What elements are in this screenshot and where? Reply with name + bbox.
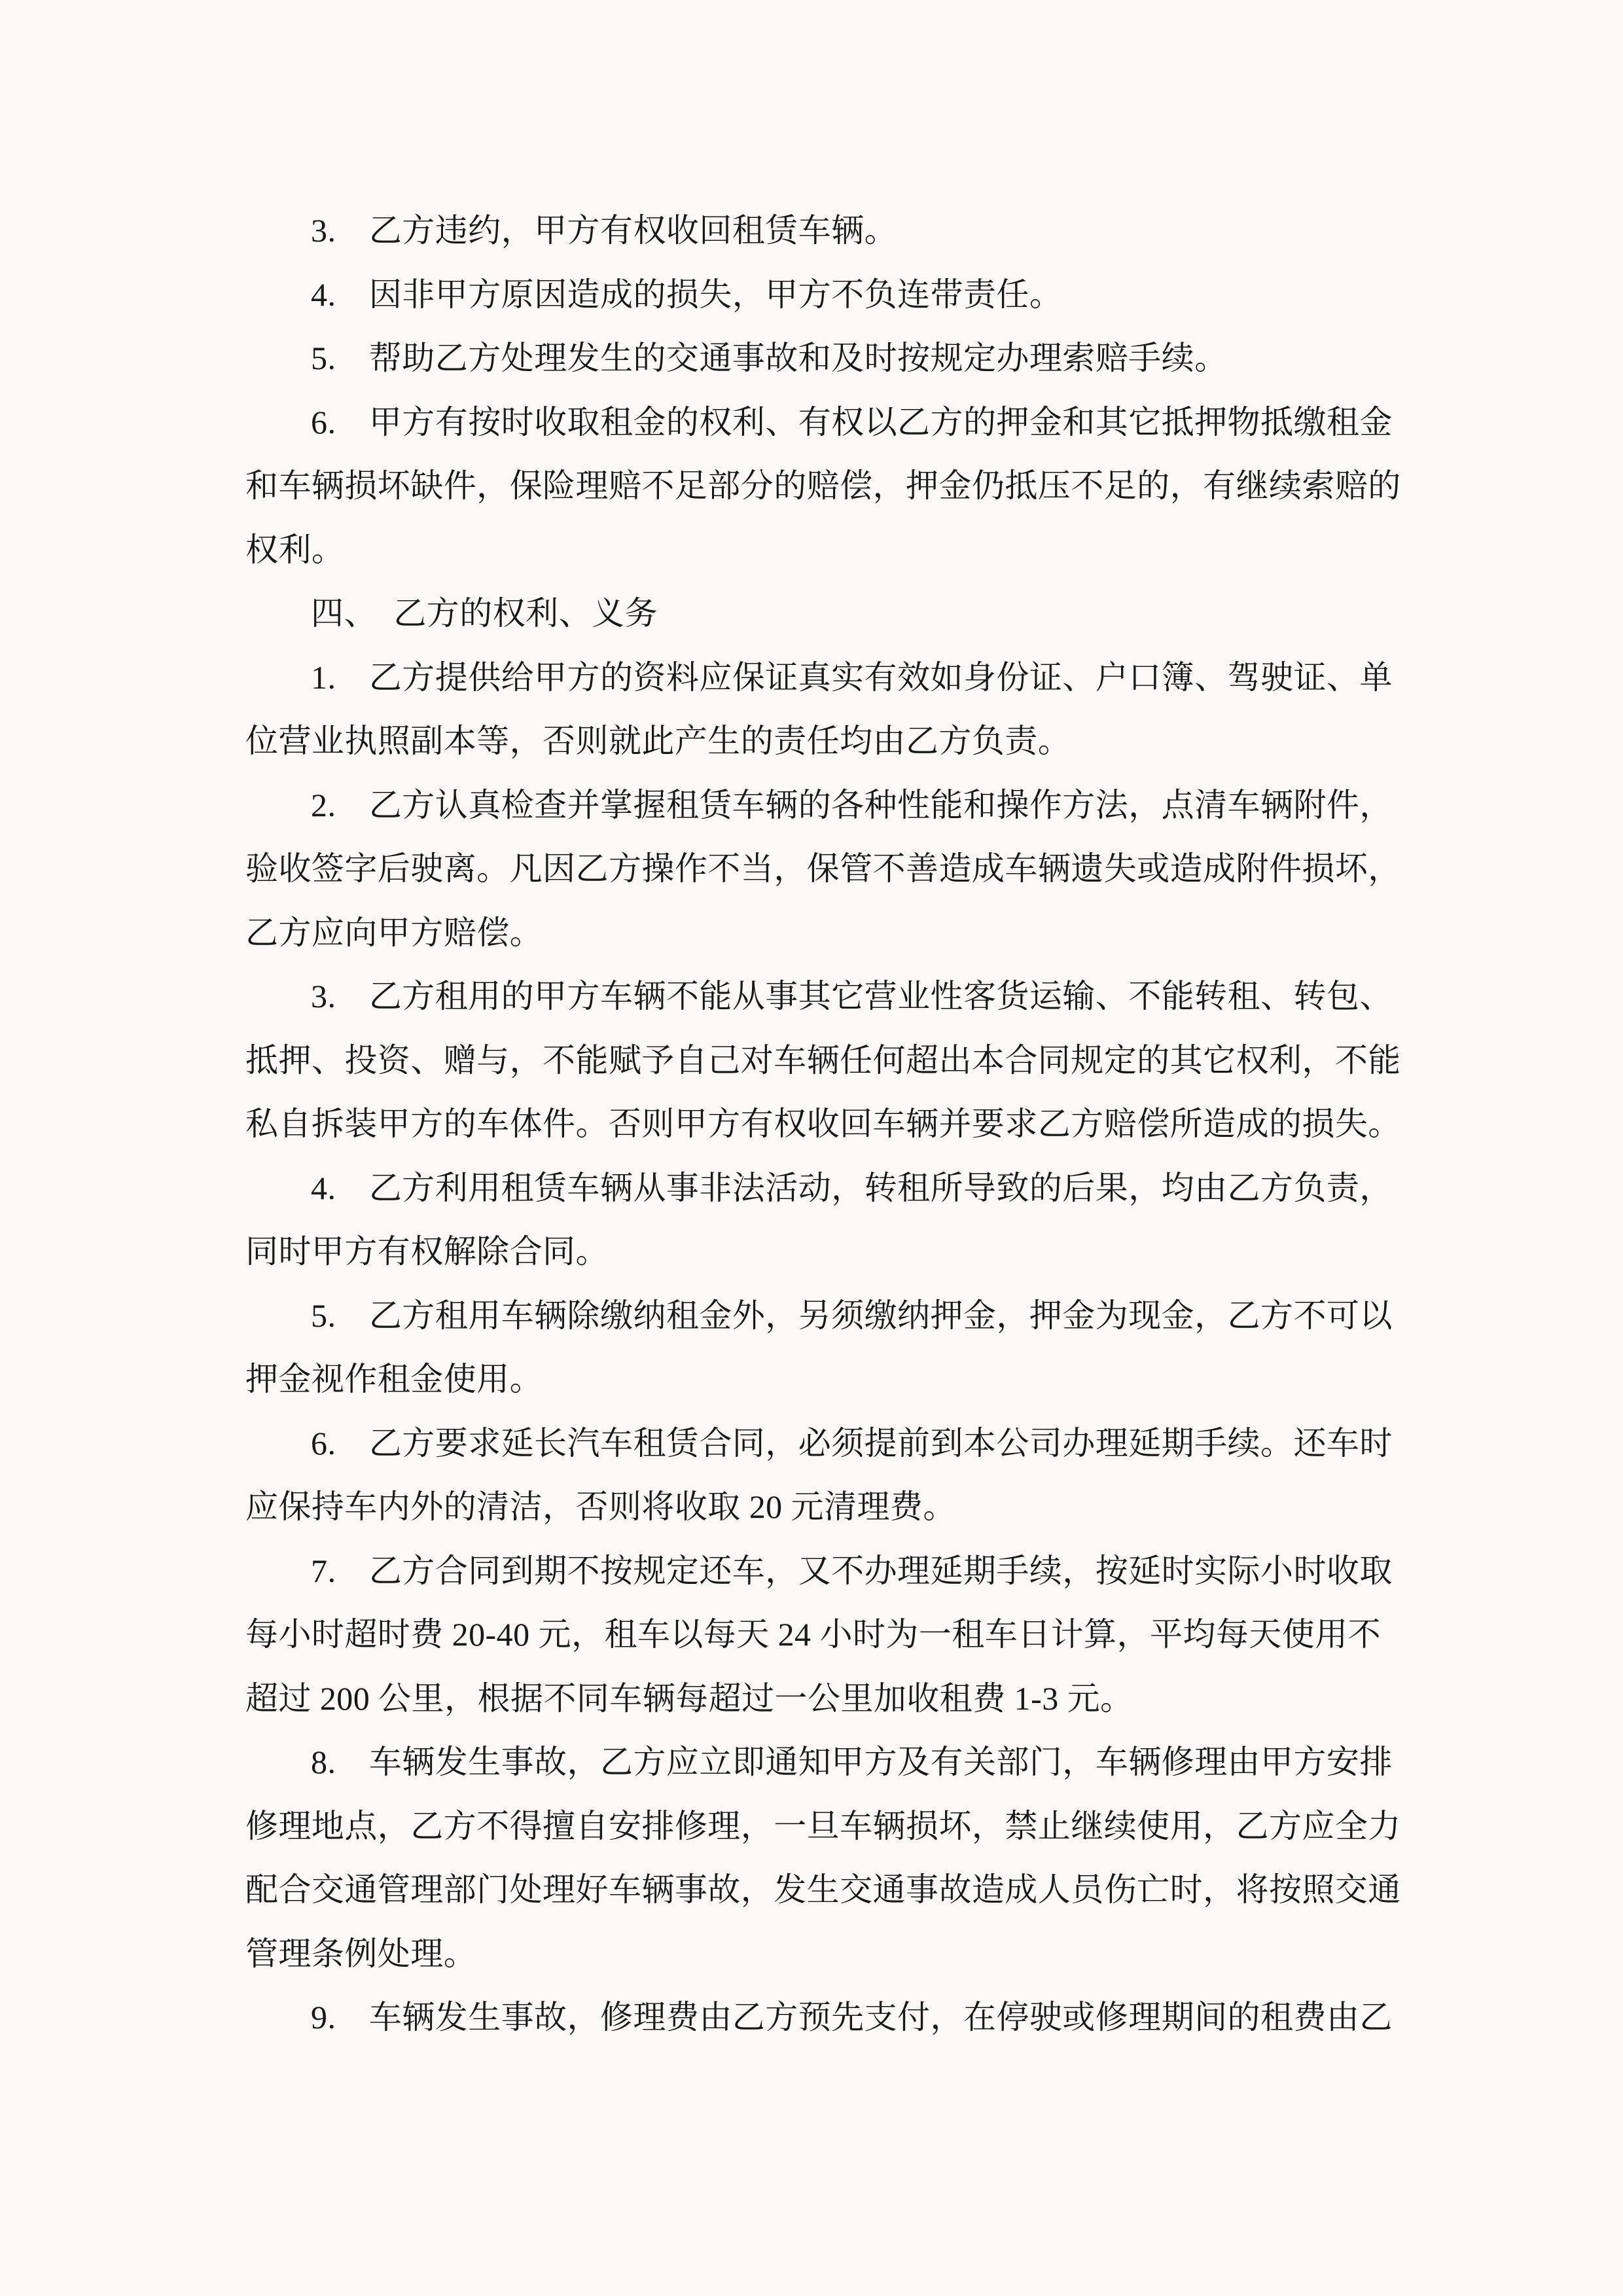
text-line: 四、 乙方的权利、义务 (245, 582, 1405, 646)
text-line: 7. 乙方合同到期不按规定还车，又不办理延期手续，按延时实际小时收取 (245, 1539, 1405, 1604)
text-line: 位营业执照副本等，否则就此产生的责任均由乙方负责。 (245, 709, 1405, 774)
text-line: 5. 帮助乙方处理发生的交通事故和及时按规定办理索赔手续。 (245, 327, 1405, 391)
text-line: 6. 甲方有按时收取租金的权利、有权以乙方的押金和其它抵押物抵缴租金 (245, 391, 1405, 455)
text-line: 每小时超时费 20-40 元，租车以每天 24 小时为一租车日计算，平均每天使用… (245, 1603, 1405, 1667)
text-line: 超过 200 公里，根据不同车辆每超过一公里加收租费 1-3 元。 (245, 1667, 1405, 1731)
text-line: 9. 车辆发生事故，修理费由乙方预先支付，在停驶或修理期间的租费由乙 (245, 1986, 1405, 2050)
text-line: 应保持车内外的清洁，否则将收取 20 元清理费。 (245, 1475, 1405, 1539)
text-line: 配合交通管理部门处理好车辆事故，发生交通事故造成人员伤亡时，将按照交通 (245, 1858, 1405, 1922)
text-line: 5. 乙方租用车辆除缴纳租金外，另须缴纳押金，押金为现金，乙方不可以 (245, 1284, 1405, 1348)
text-line: 8. 车辆发生事故，乙方应立即通知甲方及有关部门，车辆修理由甲方安排 (245, 1731, 1405, 1795)
text-line: 乙方应向甲方赔偿。 (245, 901, 1405, 965)
text-line: 1. 乙方提供给甲方的资料应保证真实有效如身份证、户口簿、驾驶证、单 (245, 646, 1405, 710)
text-line: 4. 因非甲方原因造成的损失，甲方不负连带责任。 (245, 263, 1405, 327)
text-line: 6. 乙方要求延长汽车租赁合同，必须提前到本公司办理延期手续。还车时 (245, 1412, 1405, 1476)
text-line: 2. 乙方认真检查并掌握租赁车辆的各种性能和操作方法，点清车辆附件， (245, 774, 1405, 838)
text-line: 同时甲方有权解除合同。 (245, 1220, 1405, 1284)
document-page: 3. 乙方违约，甲方有权收回租赁车辆。4. 因非甲方原因造成的损失，甲方不负连带… (0, 0, 1623, 2296)
text-line: 3. 乙方租用的甲方车辆不能从事其它营业性客货运输、不能转租、转包、 (245, 965, 1405, 1029)
text-line: 管理条例处理。 (245, 1922, 1405, 1986)
text-line: 4. 乙方利用租赁车辆从事非法活动，转租所导致的后果，均由乙方负责， (245, 1157, 1405, 1221)
text-line: 和车辆损坏缺件，保险理赔不足部分的赔偿，押金仍抵压不足的，有继续索赔的 (245, 454, 1405, 518)
text-line: 权利。 (245, 518, 1405, 583)
text-line: 修理地点，乙方不得擅自安排修理，一旦车辆损坏，禁止继续使用，乙方应全力 (245, 1795, 1405, 1859)
document-body: 3. 乙方违约，甲方有权收回租赁车辆。4. 因非甲方原因造成的损失，甲方不负连带… (245, 199, 1405, 2050)
text-line: 抵押、投资、赠与，不能赋予自己对车辆任何超出本合同规定的其它权利，不能 (245, 1029, 1405, 1093)
text-line: 3. 乙方违约，甲方有权收回租赁车辆。 (245, 199, 1405, 263)
text-line: 私自拆装甲方的车体件。否则甲方有权收回车辆并要求乙方赔偿所造成的损失。 (245, 1092, 1405, 1157)
text-line: 验收签字后驶离。凡因乙方操作不当，保管不善造成车辆遗失或造成附件损坏， (245, 837, 1405, 901)
text-line: 押金视作租金使用。 (245, 1348, 1405, 1412)
